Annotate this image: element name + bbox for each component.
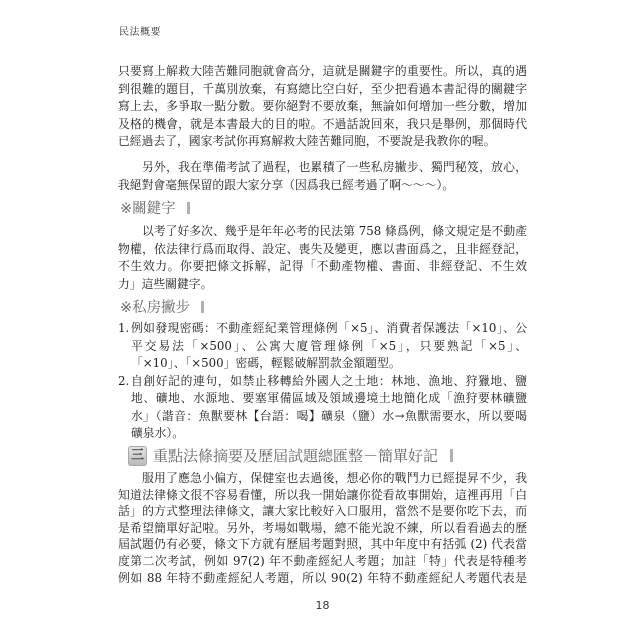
text-line: 例如發現密碼：不動產經紀業管理條例「×5」、消費者保護法「×10」、公 xyxy=(131,320,527,338)
secret-tips-list: 1. 例如發現密碼：不動產經紀業管理條例「×5」、消費者保護法「×10」、公 平… xyxy=(118,320,527,443)
text-line: 是希望簡單好記啦。另外，考場如戰場，總不能光說不練，所以看看過去的歷 xyxy=(118,520,527,537)
text-line: 地、礦地、水源地、要塞軍備區域及領域邊境土地簡化成「漁狩要林礦鹽 xyxy=(131,390,527,408)
text-line: 另外，我在準備考試了過程，也累積了一些私房撇步、獨門秘笈，放心， xyxy=(118,159,527,177)
secret-tips-heading-text: ※私房撇步 xyxy=(120,300,190,316)
text-line: 到很難的題目，千萬別放棄，有寫總比空白好，至少把看過本書記得的關鍵字 xyxy=(118,81,527,99)
keywords-paragraph: 以考了好多次、幾乎是年年必考的民法第 758 條爲例，條文規定是不動產 物權，依… xyxy=(118,223,527,293)
text-line: 知道法律條文很不容易看懂，所以我一開始讓你從看故事開始，這裡再用「白 xyxy=(118,487,527,504)
text-line: 「×10」、「×500」密碼，輕鬆破解罰款金額題型。 xyxy=(131,355,527,373)
text-line: 平交易法「×500」、公寓大廈管理條例「×5」，只要熟記「×5」、 xyxy=(131,338,527,356)
text-line: 度第二次考試，例如 97(2) 年不動產經紀人考題；加註「特」代表是特種考試， xyxy=(118,553,527,570)
page-number: 18 xyxy=(118,599,527,612)
text-line: 及格的機會，就是本書最大的目的啦。不過話說回來，我只是舉例，那個時代 xyxy=(118,116,527,134)
summary-paragraph: 服用了應急小偏方，保健室也去過後，想必你的戰鬥力已經提昇不少，我 知道法律條文很… xyxy=(118,470,527,586)
text-line: 例如 88 年特不動產經紀人考題，所以 90(2) 年特不動產經紀人考題代表是 … xyxy=(118,570,527,587)
tips-paragraph: 另外，我在準備考試了過程，也累積了一些私房撇步、獨門秘笈，放心， 我絕對會毫無保… xyxy=(118,159,527,194)
keywords-heading-text: ※關鍵字 xyxy=(120,201,176,217)
heading-bar-icon xyxy=(450,449,453,462)
text-line: 屆試題仍有必要，條文下方就有歷屆考題對照，其中年度中有括弧 (2) 代表當年 xyxy=(118,536,527,553)
text-line: 礦泉水）。 xyxy=(131,425,527,443)
list-item: 1. 例如發現密碼：不動產經紀業管理條例「×5」、消費者保護法「×10」、公 平… xyxy=(118,320,527,373)
secret-tips-heading: ※私房撇步 xyxy=(120,297,204,319)
list-item-number: 2. xyxy=(118,373,129,391)
heading-bar-icon xyxy=(201,301,204,313)
text-line: 只要寫上解救大陸苦難同胞就會高分，這就是關鍵字的重要性。所以，真的遇 xyxy=(118,63,527,81)
list-item: 2. 自創好記的連句，如禁止移轉給外國人之土地：林地、漁地、狩獵地、鹽 地、礦地… xyxy=(118,373,527,443)
text-line: 以考了好多次、幾乎是年年必考的民法第 758 條爲例，條文規定是不動產 xyxy=(118,223,527,241)
text-line: 水」（諧音：魚獸要林【台語：喝】礦泉（鹽）水→魚獸需要水，所以要喝 xyxy=(131,408,527,426)
summary-heading: 重點法條摘要及歷屆試題總匯整－簡單好記 xyxy=(153,444,453,468)
text-line: 物權，依法律行爲而取得、設定、喪失及變更，應以書面爲之，且非經登記， xyxy=(118,241,527,259)
summary-heading-text: 重點法條摘要及歷屆試題總匯整－簡單好記 xyxy=(153,447,438,465)
text-line: 自創好記的連句，如禁止移轉給外國人之土地：林地、漁地、狩獵地、鹽 xyxy=(131,373,527,391)
intro-paragraph: 只要寫上解救大陸苦難同胞就會高分，這就是關鍵字的重要性。所以，真的遇 到很難的題… xyxy=(118,63,527,151)
text-line: 服用了應急小偏方，保健室也去過後，想必你的戰鬥力已經提昇不少，我 xyxy=(118,470,527,487)
section-number-icon: 三 xyxy=(128,446,147,466)
text-line: 話」的方式整理法律條文，讓大家比較好入口服用，當然不是要你吃下去，而 xyxy=(118,503,527,520)
text-line: 我絕對會毫無保留的跟大家分享（因爲我已經考過了啊～～～）。 xyxy=(118,177,527,195)
text-line: 寫上去，多爭取一點分數。要你絕對不要放棄，無論如何增加一些分數，增加 xyxy=(118,98,527,116)
heading-bar-icon xyxy=(187,202,190,214)
text-line: 已經過去了，國家考試你再寫解救大陸苦難同胞，不要說是我教你的喔。 xyxy=(118,133,527,151)
list-item-number: 1. xyxy=(118,320,129,338)
text-line: 力」這些關鍵字。 xyxy=(118,276,527,294)
running-header: 民法概要 xyxy=(119,23,161,38)
keywords-heading: ※關鍵字 xyxy=(120,198,190,220)
text-line: 不生效力。你要把條文拆解，記得「不動產物權、書面、非經登記、不生效 xyxy=(118,258,527,276)
